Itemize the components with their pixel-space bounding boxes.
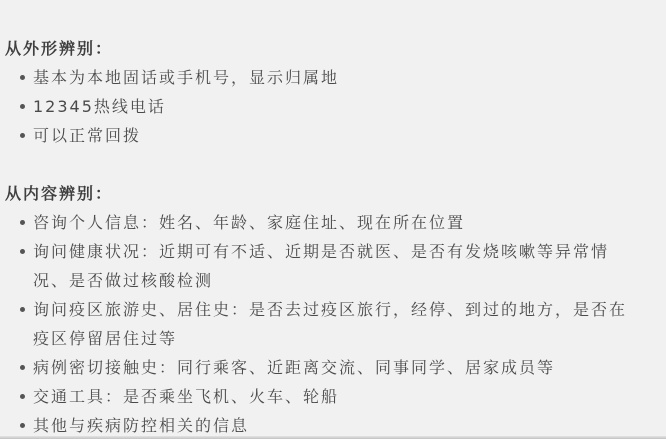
bullet-list-content: 咨询个人信息：姓名、年龄、家庭住址、现在所在位置 询问健康状况：近期可有不适、近… (5, 208, 646, 439)
bullet-icon (20, 423, 25, 428)
list-item: 可以正常回拨 (5, 121, 646, 150)
list-item-text: 基本为本地固话或手机号，显示归属地 (33, 68, 339, 87)
list-item: 12345热线电话 (5, 92, 646, 121)
section-heading-appearance: 从外形辨别： (5, 34, 646, 63)
list-item-text: 咨询个人信息：姓名、年龄、家庭住址、现在所在位置 (33, 213, 465, 232)
list-item: 病例密切接触史：同行乘客、近距离交流、同事同学、居家成员等 (5, 353, 646, 382)
article-body: 从外形辨别： 基本为本地固话或手机号，显示归属地 12345热线电话 可以正常回… (0, 0, 666, 439)
bullet-icon (20, 394, 25, 399)
list-item: 其他与疾病防控相关的信息 (5, 411, 646, 439)
section-content: 从内容辨别： 咨询个人信息：姓名、年龄、家庭住址、现在所在位置 询问健康状况：近… (5, 179, 646, 439)
bullet-icon (20, 220, 25, 225)
bullet-icon (20, 104, 25, 109)
list-item: 询问健康状况：近期可有不适、近期是否就医、是否有发烧咳嗽等异常情 况、是否做过核… (5, 237, 646, 295)
section-appearance: 从外形辨别： 基本为本地固话或手机号，显示归属地 12345热线电话 可以正常回… (5, 34, 646, 150)
list-item-text: 询问疫区旅游史、居住史：是否去过疫区旅行，经停、到过的地方，是否在 疫区停留居住… (33, 300, 627, 348)
list-item-text: 询问健康状况：近期可有不适、近期是否就医、是否有发烧咳嗽等异常情 况、是否做过核… (33, 242, 609, 290)
list-item-text: 交通工具：是否乘坐飞机、火车、轮船 (33, 387, 339, 406)
bullet-list-appearance: 基本为本地固话或手机号，显示归属地 12345热线电话 可以正常回拨 (5, 63, 646, 150)
bullet-icon (20, 365, 25, 370)
bullet-icon (20, 133, 25, 138)
list-item-text: 12345热线电话 (33, 97, 166, 116)
list-item: 基本为本地固话或手机号，显示归属地 (5, 63, 646, 92)
bullet-icon (20, 75, 25, 80)
list-item: 询问疫区旅游史、居住史：是否去过疫区旅行，经停、到过的地方，是否在 疫区停留居住… (5, 295, 646, 353)
list-item: 交通工具：是否乘坐飞机、火车、轮船 (5, 382, 646, 411)
bullet-icon (20, 307, 25, 312)
bullet-icon (20, 249, 25, 254)
list-item-text: 病例密切接触史：同行乘客、近距离交流、同事同学、居家成员等 (33, 358, 555, 377)
list-item-text: 其他与疾病防控相关的信息 (33, 416, 249, 435)
list-item: 咨询个人信息：姓名、年龄、家庭住址、现在所在位置 (5, 208, 646, 237)
section-heading-content: 从内容辨别： (5, 179, 646, 208)
list-item-text: 可以正常回拨 (33, 126, 141, 145)
